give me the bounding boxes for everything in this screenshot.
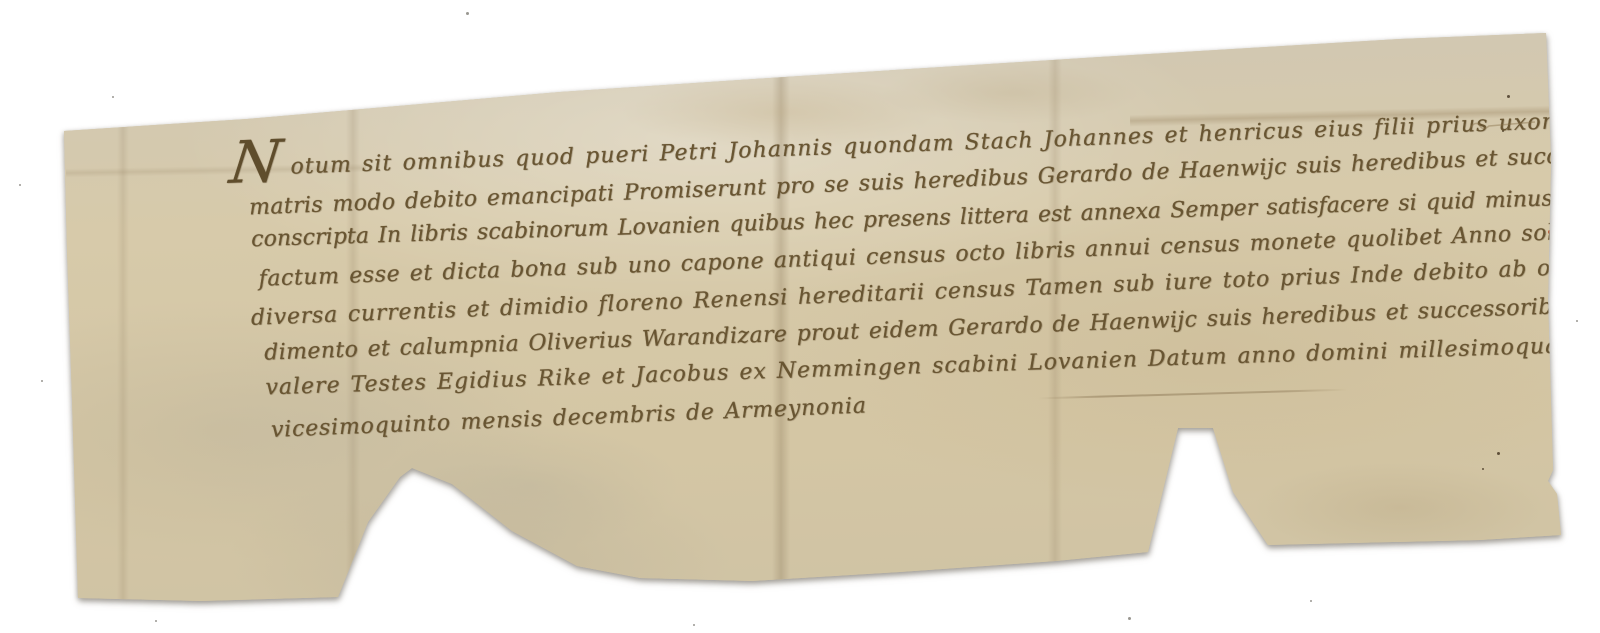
pinhole <box>1482 468 1484 470</box>
marginal-scribble <box>1468 118 1538 134</box>
dust-speck <box>466 12 469 15</box>
water-stain <box>880 62 1140 124</box>
fold-crease-vertical <box>117 0 129 633</box>
parchment-document: Notum sit omnibus quod pueri Petri Johan… <box>0 0 1600 633</box>
dust-speck <box>41 380 43 382</box>
dust-speck <box>1128 617 1131 620</box>
dust-speck <box>1576 320 1578 322</box>
initial-letter: N <box>230 161 282 163</box>
dust-speck <box>112 96 114 98</box>
discoloration-patch <box>1250 460 1550 555</box>
dust-speck <box>19 184 21 186</box>
scan-background: Notum sit omnibus quod pueri Petri Johan… <box>0 0 1600 633</box>
dust-speck <box>693 624 695 626</box>
pinhole <box>1497 452 1500 455</box>
dust-speck <box>1310 600 1312 602</box>
pinhole <box>1507 95 1510 98</box>
dust-speck <box>155 620 157 622</box>
manuscript-text: Notum sit omnibus quod pueri Petri Johan… <box>252 103 1562 445</box>
parchment-shadow: Notum sit omnibus quod pueri Petri Johan… <box>0 0 1600 633</box>
